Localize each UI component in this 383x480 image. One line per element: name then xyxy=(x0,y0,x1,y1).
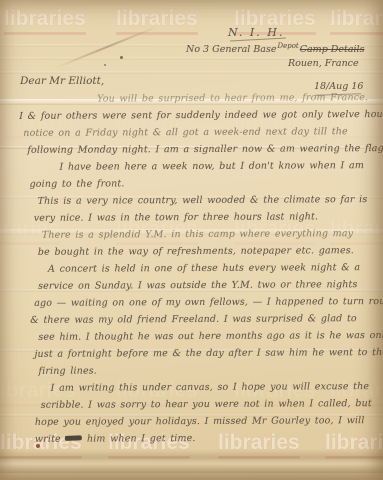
letter-line: hope you enjoyed your holidays. I missed… xyxy=(35,412,373,431)
letter-line: There is a splendid Y.M. in this camp wh… xyxy=(42,225,372,244)
letter-line: ago — waiting on one of my own fellows, … xyxy=(34,293,372,312)
watermark-text: libraries xyxy=(4,8,86,29)
watermark-tile: libraries xyxy=(116,8,198,35)
letter-line: You will be surprised to hear from me, f… xyxy=(97,89,371,107)
letter-line: service on Sunday. I was outside the Y.M… xyxy=(38,276,372,295)
watermark-subtext-bar xyxy=(325,456,383,459)
letter-line: & there was my old friend Freeland. I wa… xyxy=(30,310,372,329)
watermark-tile: libraries xyxy=(4,8,86,35)
letter-line: be bought in the way of refreshments, no… xyxy=(38,242,372,261)
watermark-subtext-bar xyxy=(4,32,86,35)
bottom-fold xyxy=(0,449,383,473)
watermark-text: libraries xyxy=(330,8,383,29)
watermark-tile: libraries xyxy=(330,8,383,35)
location-line: Rouen, France xyxy=(288,58,359,69)
greeting-line: Dear Mr Elliott, xyxy=(20,75,104,87)
letter-body: You will be surprised to hear from me, f… xyxy=(19,89,373,448)
letter-line: just a fortnight before me & the day aft… xyxy=(34,344,372,363)
fold-crease xyxy=(0,71,383,74)
watermark-subtext-bar xyxy=(108,456,190,459)
letter-line: write him when I get time. xyxy=(35,429,373,448)
diagonal-crease xyxy=(56,25,159,68)
watermark-subtext-bar xyxy=(0,456,82,459)
letter-line: I am writing this under canvas, so I hop… xyxy=(51,378,373,397)
paper-speck xyxy=(120,56,123,59)
letter-line: This is a very nice country, well wooded… xyxy=(38,191,372,210)
scanned-letter-page: librarieslibrarieslibrarieslibrarieslibr… xyxy=(0,0,383,480)
unit-address-text: No 3 General Base xyxy=(186,44,276,55)
inserted-word: Depot xyxy=(277,42,298,50)
scribbled-out-word xyxy=(65,435,82,441)
watermark-subtext-bar xyxy=(330,32,383,35)
paper-speck xyxy=(104,64,106,66)
letter-line: notice on a Friday night & all got a wee… xyxy=(23,123,371,142)
unit-address-line: No 3 General BaseDepotCamp Details xyxy=(186,42,364,55)
letter-line: following Monday night. I am a signaller… xyxy=(27,140,371,159)
letter-line: A concert is held in one of these huts e… xyxy=(48,259,372,278)
letter-line: scribble. I was sorry to hear you were n… xyxy=(41,395,373,414)
letter-line: firing lines. xyxy=(38,361,372,380)
struck-out-words: Camp Details xyxy=(300,44,365,55)
watermark-subtext-bar xyxy=(116,32,198,35)
letter-line: I & four others were sent for suddenly i… xyxy=(19,106,371,125)
letter-line: see him. I thought he was out here month… xyxy=(38,327,372,346)
watermark-text: libraries xyxy=(116,8,198,29)
watermark-subtext-bar xyxy=(218,456,300,459)
letter-line: going to the front. xyxy=(30,174,372,193)
letter-line: very nice. I was in the town for three h… xyxy=(34,208,372,227)
letter-line: I have been here a week now, but I don't… xyxy=(59,157,371,176)
